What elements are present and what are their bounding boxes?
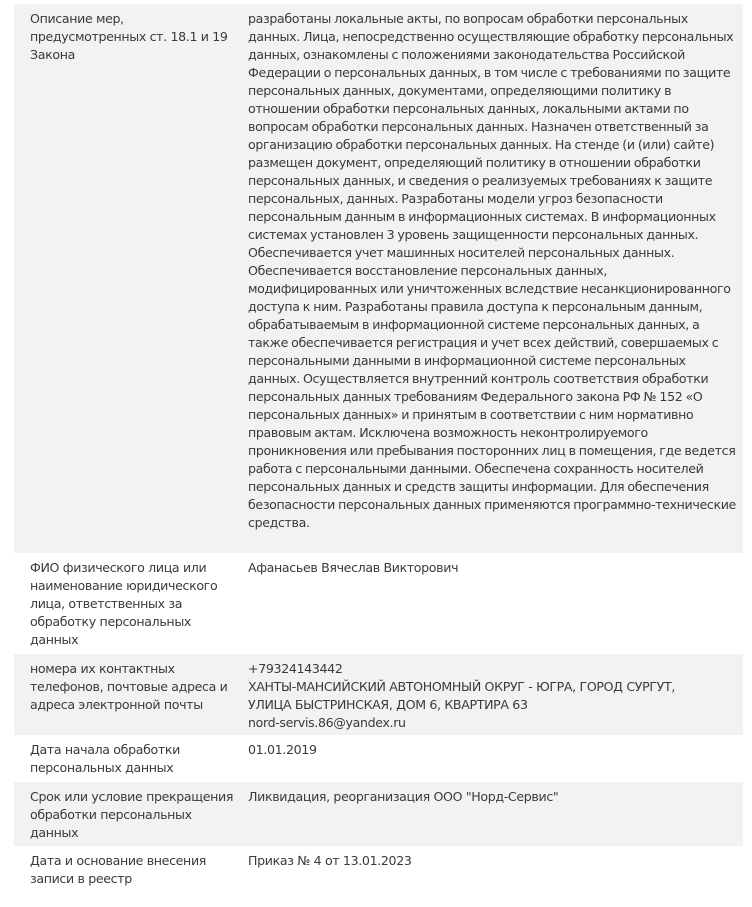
row-value: Приказ № 4 от 13.01.2023 — [234, 846, 743, 907]
table-row-processing-start-date: Дата начала обработки персональных данны… — [14, 735, 743, 782]
row-value: 01.01.2019 — [234, 735, 743, 782]
contact-address-line-2: УЛИЦА БЫСТРИНСКАЯ, ДОМ 6, КВАРТИРА 63 — [248, 696, 739, 714]
table-row-responsible-person: ФИО физического лица или наименование юр… — [14, 553, 743, 654]
table-row-termination-condition: Срок или условие прекращения обработки п… — [14, 782, 743, 846]
row-label: Описание мер, предусмотренных ст. 18.1 и… — [14, 4, 234, 553]
row-label: ФИО физического лица или наименование юр… — [14, 553, 234, 654]
row-value: +79324143442 ХАНТЫ-МАНСИЙСКИЙ АВТОНОМНЫЙ… — [234, 654, 743, 735]
row-label: Дата и основание внесения записи в реест… — [14, 846, 234, 907]
contact-phone: +79324143442 — [248, 660, 739, 678]
row-value: Афанасьев Вячеслав Викторович — [234, 553, 743, 654]
contact-address-line-1: ХАНТЫ-МАНСИЙСКИЙ АВТОНОМНЫЙ ОКРУГ - ЮГРА… — [248, 678, 739, 696]
row-label: Срок или условие прекращения обработки п… — [14, 782, 234, 846]
table-row-contacts: номера их контактных телефонов, почтовые… — [14, 654, 743, 735]
row-label: Дата начала обработки персональных данны… — [14, 735, 234, 782]
row-value: разработаны локальные акты, по вопросам … — [234, 4, 743, 553]
table-row-protection-measures: Описание мер, предусмотренных ст. 18.1 и… — [14, 4, 743, 553]
contact-email: nord-servis.86@yandex.ru — [248, 714, 739, 732]
row-label: номера их контактных телефонов, почтовые… — [14, 654, 234, 735]
row-value: Ликвидация, реорганизация ООО "Норд-Серв… — [234, 782, 743, 846]
registry-record-table: Описание мер, предусмотренных ст. 18.1 и… — [14, 4, 743, 907]
table-row-registry-entry-basis: Дата и основание внесения записи в реест… — [14, 846, 743, 907]
